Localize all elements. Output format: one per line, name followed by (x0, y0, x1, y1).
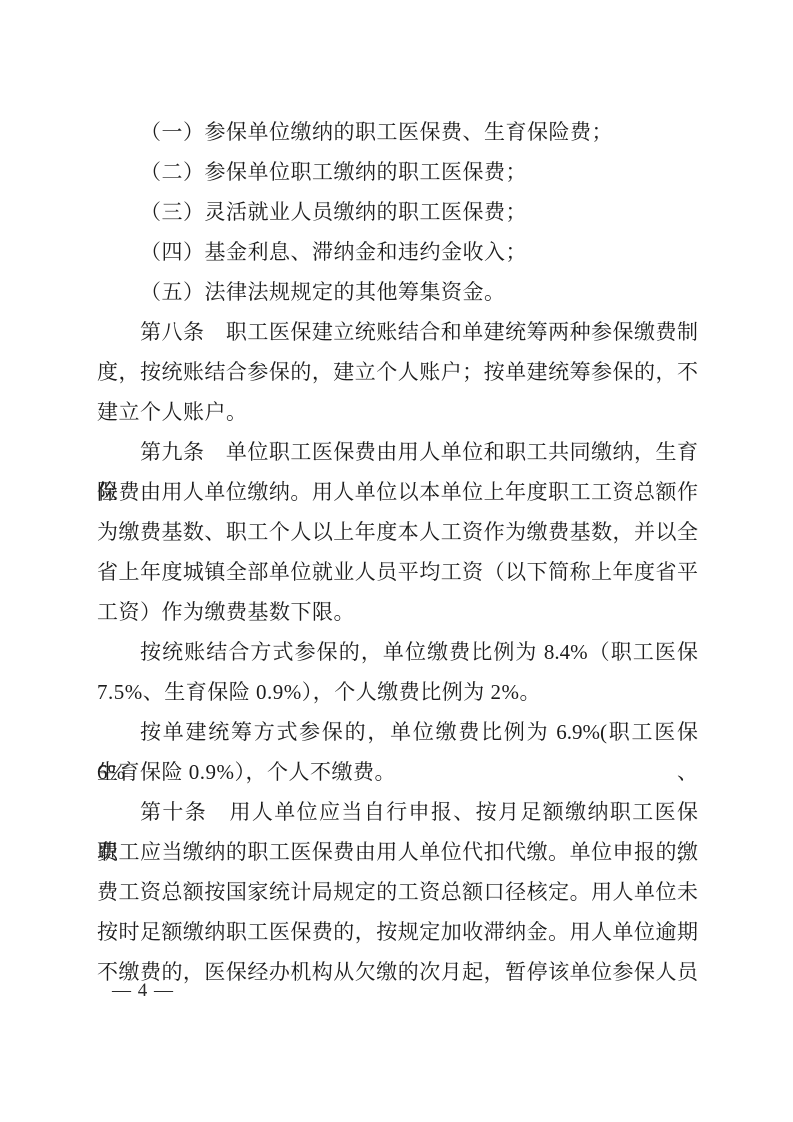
text-line: 工资）作为缴费基数下限。 (97, 592, 698, 632)
pooled-account-contribution-rates: 按统账结合方式参保的，单位缴费比例为 8.4%（职工医保7.5%、生育保险 0.… (97, 632, 698, 712)
text-line: 险费由用人单位缴纳。用人单位以本单位上年度职工工资总额作 (97, 472, 698, 512)
text-line: （四）基金利息、滞纳金和违约金收入； (97, 232, 698, 272)
article-10: 第十条 用人单位应当自行申报、按月足额缴纳职工医保费，职工应当缴纳的职工医保费由… (97, 792, 698, 992)
text-line: 职工应当缴纳的职工医保费由用人单位代扣代缴。单位申报的缴 (97, 832, 698, 872)
text-line: 7.5%、生育保险 0.9%），个人缴费比例为 2%。 (97, 672, 698, 712)
text-line: 第八条 职工医保建立统账结合和单建统筹两种参保缴费制 (97, 312, 698, 352)
funding-source-item-3: （三）灵活就业人员缴纳的职工医保费； (97, 192, 698, 232)
text-line: 度，按统账结合参保的，建立个人账户；按单建统筹参保的，不 (97, 352, 698, 392)
document-page: （一）参保单位缴纳的职工医保费、生育保险费；（二）参保单位职工缴纳的职工医保费；… (0, 0, 793, 1122)
text-line: 第九条 单位职工医保费由用人单位和职工共同缴纳，生育保 (97, 432, 698, 472)
text-line: （一）参保单位缴纳的职工医保费、生育保险费； (97, 112, 698, 152)
text-line: 按统账结合方式参保的，单位缴费比例为 8.4%（职工医保 (97, 632, 698, 672)
funding-source-item-4: （四）基金利息、滞纳金和违约金收入； (97, 232, 698, 272)
text-line: （五）法律法规规定的其他筹集资金。 (97, 272, 698, 312)
text-line: 按单建统筹方式参保的，单位缴费比例为 6.9%(职工医保 6%、 (97, 712, 698, 752)
document-body: （一）参保单位缴纳的职工医保费、生育保险费；（二）参保单位职工缴纳的职工医保费；… (97, 112, 698, 992)
text-line: 不缴费的，医保经办机构从欠缴的次月起，暂停该单位参保人员 (97, 952, 698, 992)
funding-source-item-2: （二）参保单位职工缴纳的职工医保费； (97, 152, 698, 192)
funding-source-item-5: （五）法律法规规定的其他筹集资金。 (97, 272, 698, 312)
text-line: （二）参保单位职工缴纳的职工医保费； (97, 152, 698, 192)
article-8: 第八条 职工医保建立统账结合和单建统筹两种参保缴费制度，按统账结合参保的，建立个… (97, 312, 698, 432)
text-line: 按时足额缴纳职工医保费的，按规定加收滞纳金。用人单位逾期 (97, 912, 698, 952)
text-line: 建立个人账户。 (97, 392, 698, 432)
text-line: 费工资总额按国家统计局规定的工资总额口径核定。用人单位未 (97, 872, 698, 912)
article-9: 第九条 单位职工医保费由用人单位和职工共同缴纳，生育保险费由用人单位缴纳。用人单… (97, 432, 698, 632)
page-number: — 4 — (112, 978, 174, 1004)
single-pool-contribution-rates: 按单建统筹方式参保的，单位缴费比例为 6.9%(职工医保 6%、生育保险 0.9… (97, 712, 698, 792)
text-line: 省上年度城镇全部单位就业人员平均工资（以下简称上年度省平 (97, 552, 698, 592)
text-line: （三）灵活就业人员缴纳的职工医保费； (97, 192, 698, 232)
funding-source-item-1: （一）参保单位缴纳的职工医保费、生育保险费； (97, 112, 698, 152)
text-line: 为缴费基数、职工个人以上年度本人工资作为缴费基数，并以全 (97, 512, 698, 552)
text-line: 第十条 用人单位应当自行申报、按月足额缴纳职工医保费， (97, 792, 698, 832)
